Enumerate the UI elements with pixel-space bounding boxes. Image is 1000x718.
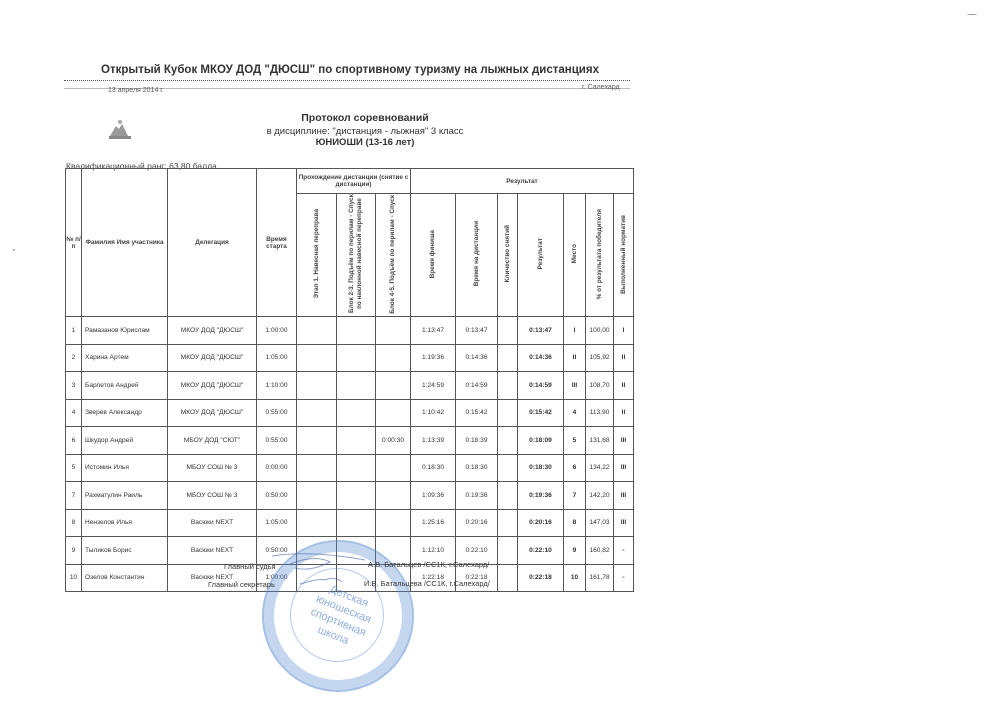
cell-penalty-count: [498, 509, 518, 537]
cell-place: I: [564, 317, 586, 345]
table-row: 1Рамазанов ЮрисламМКОУ ДОД "ДЮСШ"1:00:00…: [66, 317, 634, 345]
cell-block23: [337, 399, 376, 427]
cell-name: Истомин Илья: [82, 454, 168, 482]
cell-num: 9: [66, 537, 82, 565]
cell-block23: [337, 454, 376, 482]
table-row: 6Шкудор АндрейМБОУ ДОД "СЮТ"0:55:000:00:…: [66, 427, 634, 455]
cell-penalty-count: [498, 317, 518, 345]
cell-start: 0:50:00: [257, 482, 297, 510]
cell-num: 6: [66, 427, 82, 455]
cell-result: 0:15:42: [518, 399, 564, 427]
cell-dist-time: 0:15:42: [456, 399, 498, 427]
cell-block23: [337, 344, 376, 372]
chief-secretary-label: Главный секретарь: [208, 580, 275, 589]
cell-place: 5: [564, 427, 586, 455]
cell-norm: II: [614, 399, 634, 427]
cell-dist-time: 0:19:36: [456, 482, 498, 510]
cell-block23: [337, 482, 376, 510]
cell-dist-time: 0:18:30: [456, 454, 498, 482]
cell-place: 8: [564, 509, 586, 537]
cell-finish: 1:09:36: [411, 482, 456, 510]
cell-start: 1:00:00: [257, 317, 297, 345]
cell-block45: [376, 509, 411, 537]
cell-percent: 161,78: [586, 564, 614, 592]
cell-dist-time: 0:14:59: [456, 372, 498, 400]
event-title: Открытый Кубок МКОУ ДОД "ДЮСШ" по спорти…: [0, 64, 700, 76]
cell-num: 1: [66, 317, 82, 345]
chief-judge-label: Главный судья: [224, 562, 276, 571]
cell-stage1: [297, 454, 337, 482]
col-penalty-count: Кличество снятий: [498, 194, 518, 317]
age-group: ЮНИОШИ (13-16 лет): [200, 137, 530, 148]
title-dotted-rule: [64, 80, 630, 81]
cell-percent: 100,00: [586, 317, 614, 345]
cell-norm: -: [614, 537, 634, 565]
cell-finish: 1:24:59: [411, 372, 456, 400]
cell-result: 0:18:30: [518, 454, 564, 482]
cell-percent: 131,68: [586, 427, 614, 455]
cell-norm: III: [614, 509, 634, 537]
cell-penalty-count: [498, 482, 518, 510]
cell-start: 0:55:00: [257, 427, 297, 455]
cell-finish: 1:25:16: [411, 509, 456, 537]
col-place: Место: [564, 194, 586, 317]
cell-delegation: МБОУ СОШ № 3: [168, 454, 257, 482]
cell-penalty-count: [498, 564, 518, 592]
cell-delegation: МКОУ ДОД "ДЮСШ": [168, 399, 257, 427]
cell-result: 0:18:09: [518, 427, 564, 455]
cell-place: III: [564, 372, 586, 400]
cell-stage1: [297, 482, 337, 510]
cell-block45: [376, 344, 411, 372]
table-row: 7Рахматулин РаильМБОУ СОШ № 30:50:001:09…: [66, 482, 634, 510]
cell-stage1: [297, 399, 337, 427]
cell-start: 1:05:00: [257, 344, 297, 372]
cell-delegation: Васюки NEXT: [168, 509, 257, 537]
cell-finish: 1:13:47: [411, 317, 456, 345]
cell-penalty-count: [498, 427, 518, 455]
cell-start: 0:55:00: [257, 399, 297, 427]
event-city: г. Салехард: [582, 84, 620, 91]
cell-finish: 1:10:42: [411, 399, 456, 427]
discipline: в дисциплине: "дистанция - лыжная" 3 кла…: [200, 126, 530, 137]
cell-block45: [376, 454, 411, 482]
cell-num: 2: [66, 344, 82, 372]
cell-name: Рамазанов Юрислам: [82, 317, 168, 345]
cell-delegation: МКОУ ДОД "ДЮСШ": [168, 372, 257, 400]
cell-block45: [376, 482, 411, 510]
cell-block45: [376, 317, 411, 345]
cell-percent: 113,90: [586, 399, 614, 427]
cell-penalty-count: [498, 344, 518, 372]
cell-block23: [337, 317, 376, 345]
cell-dist-time: 0:13:47: [456, 317, 498, 345]
cell-result: 0:14:59: [518, 372, 564, 400]
cell-norm: III: [614, 482, 634, 510]
cell-penalty-count: [498, 537, 518, 565]
col-name: Фамилия Имя участника: [82, 169, 168, 317]
cell-penalty-count: [498, 454, 518, 482]
col-finish: Время финиша: [411, 194, 456, 317]
table-row: 8Нензелов ИльяВасюки NEXT1:05:001:25:160…: [66, 509, 634, 537]
cell-start: 0:00:00: [257, 454, 297, 482]
col-block23: Блок 2-3. Подъём по перилам - Спуск по н…: [337, 194, 376, 317]
cell-norm: II: [614, 372, 634, 400]
cell-delegation: МБОУ СОШ № 3: [168, 482, 257, 510]
cell-penalty-count: [498, 372, 518, 400]
cell-result: 0:13:47: [518, 317, 564, 345]
cell-num: 4: [66, 399, 82, 427]
cell-block45: [376, 399, 411, 427]
col-stage1: Этап 1. Навесная переправа: [297, 194, 337, 317]
chief-judge-name: А.В. Батальцев /СС1К, г.Салехард/: [368, 560, 489, 569]
cell-stage1: [297, 427, 337, 455]
cell-num: 7: [66, 482, 82, 510]
col-percent: % от результата победителя: [586, 194, 614, 317]
cell-result: 0:22:18: [518, 564, 564, 592]
cell-place: 10: [564, 564, 586, 592]
cell-num: 5: [66, 454, 82, 482]
cell-block23: [337, 427, 376, 455]
col-num: № п/п: [66, 169, 82, 317]
cell-result: 0:14:36: [518, 344, 564, 372]
document-title: Протокол соревнований: [200, 112, 530, 124]
cell-finish: 0:18:30: [411, 454, 456, 482]
cell-stage1: [297, 317, 337, 345]
col-norm: Выполненный норматив: [614, 194, 634, 317]
cell-norm: III: [614, 454, 634, 482]
cell-finish: 1:13:39: [411, 427, 456, 455]
cell-penalty-count: [498, 399, 518, 427]
cell-block23: [337, 372, 376, 400]
cell-name: Тыликов Борис: [82, 537, 168, 565]
cell-name: Нензелов Илья: [82, 509, 168, 537]
cell-percent: 147,03: [586, 509, 614, 537]
cell-delegation: МКОУ ДОД "ДЮСШ": [168, 317, 257, 345]
cell-place: 6: [564, 454, 586, 482]
cell-place: 7: [564, 482, 586, 510]
cell-name: Зверев Александр: [82, 399, 168, 427]
results-table: № п/п Фамилия Имя участника Делегация Вр…: [65, 168, 634, 592]
cell-place: 9: [564, 537, 586, 565]
col-result: Результат: [518, 194, 564, 317]
cell-delegation: МБОУ ДОД "СЮТ": [168, 427, 257, 455]
cell-norm: -: [614, 564, 634, 592]
col-delegation: Делегация: [168, 169, 257, 317]
cell-place: 4: [564, 399, 586, 427]
cell-percent: 108,70: [586, 372, 614, 400]
cell-name: Рахматулин Раиль: [82, 482, 168, 510]
cell-norm: III: [614, 427, 634, 455]
chief-secretary-name: И.В. Батальцева /СС1К, г.Салехард/: [364, 579, 490, 588]
cell-block45: [376, 372, 411, 400]
col-dist-time: Время на дистанции: [456, 194, 498, 317]
col-result-group: Результат: [411, 169, 634, 194]
cell-percent: 134,22: [586, 454, 614, 482]
cell-finish: 1:19:36: [411, 344, 456, 372]
cell-stage1: [297, 344, 337, 372]
cell-num: 8: [66, 509, 82, 537]
table-row: 4Зверев АлександрМКОУ ДОД "ДЮСШ"0:55:001…: [66, 399, 634, 427]
col-distance-group: Прохождение дистанции (снятие с дистанци…: [297, 169, 411, 194]
cell-delegation: МКОУ ДОД "ДЮСШ": [168, 344, 257, 372]
cell-num: 10: [66, 564, 82, 592]
cell-result: 0:19:36: [518, 482, 564, 510]
cell-result: 0:22:10: [518, 537, 564, 565]
cell-name: Барлетов Андрей: [82, 372, 168, 400]
cell-block45: 0:00:30: [376, 427, 411, 455]
ski-tourism-logo-icon: [104, 116, 134, 142]
event-date: 13 апреля 2014 г.: [108, 87, 164, 94]
cell-norm: I: [614, 317, 634, 345]
cell-percent: 160,82: [586, 537, 614, 565]
col-start: Время старта: [257, 169, 297, 317]
cell-start: 1:10:00: [257, 372, 297, 400]
table-row: 2Харина АртемМКОУ ДОД "ДЮСШ"1:05:001:19:…: [66, 344, 634, 372]
cell-block23: [337, 509, 376, 537]
cell-name: Шкудор Андрей: [82, 427, 168, 455]
scan-speck: [13, 249, 15, 251]
col-block45: Блок 4-5. Подъём по перилам - Спуск: [376, 194, 411, 317]
cell-dist-time: 0:20:16: [456, 509, 498, 537]
cell-start: 1:05:00: [257, 509, 297, 537]
scan-speck: [967, 14, 977, 15]
cell-delegation: Васюки NEXT: [168, 537, 257, 565]
table-row: 3Барлетов АндрейМКОУ ДОД "ДЮСШ"1:10:001:…: [66, 372, 634, 400]
cell-name: Харина Артем: [82, 344, 168, 372]
cell-place: II: [564, 344, 586, 372]
cell-stage1: [297, 509, 337, 537]
cell-name: Озелов Константин: [82, 564, 168, 592]
cell-result: 0:20:16: [518, 509, 564, 537]
cell-percent: 142,20: [586, 482, 614, 510]
cell-percent: 105,92: [586, 344, 614, 372]
cell-num: 3: [66, 372, 82, 400]
cell-dist-time: 0:18:39: [456, 427, 498, 455]
cell-stage1: [297, 372, 337, 400]
cell-norm: II: [614, 344, 634, 372]
table-row: 5Истомин ИльяМБОУ СОШ № 30:00:000:18:300…: [66, 454, 634, 482]
cell-dist-time: 0:14:36: [456, 344, 498, 372]
